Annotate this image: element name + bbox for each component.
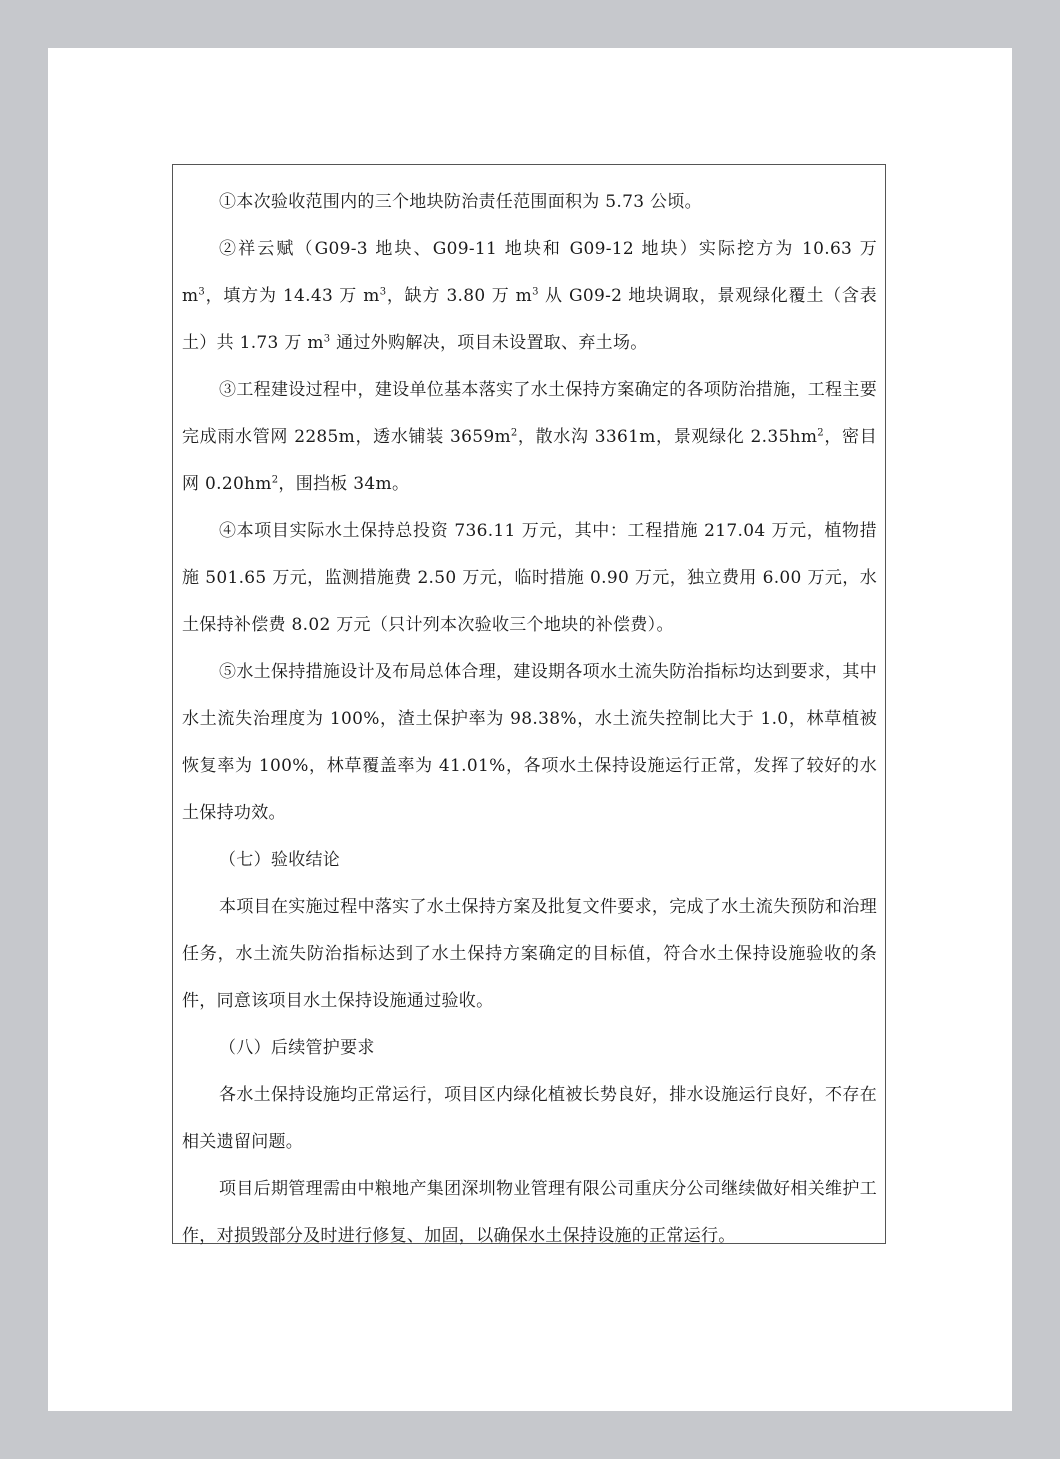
section-heading-acceptance-conclusion: （七）验收结论 <box>182 837 877 884</box>
document-page: ①本次验收范围内的三个地块防治责任范围面积为 5.73 公顷。 ②祥云赋（G09… <box>48 48 1012 1411</box>
paragraph-acceptance-conclusion: 本项目在实施过程中落实了水土保持方案及批复文件要求，完成了水土流失预防和治理任务… <box>182 884 877 1025</box>
paragraph-maintenance-responsibility: 项目后期管理需由中粮地产集团深圳物业管理有限公司重庆分公司继续做好相关维护工作，… <box>182 1166 877 1260</box>
paragraph-item-1: ①本次验收范围内的三个地块防治责任范围面积为 5.73 公顷。 <box>182 179 877 226</box>
paragraph-item-2: ②祥云赋（G09-3 地块、G09-11 地块和 G09-12 地块）实际挖方为… <box>182 226 877 367</box>
paragraph-maintenance-status: 各水土保持设施均正常运行，项目区内绿化植被长势良好，排水设施运行良好，不存在相关… <box>182 1072 877 1166</box>
paragraph-item-4: ④本项目实际水土保持总投资 736.11 万元，其中：工程措施 217.04 万… <box>182 508 877 649</box>
content-table-cell: ①本次验收范围内的三个地块防治责任范围面积为 5.73 公顷。 ②祥云赋（G09… <box>172 164 886 1244</box>
section-heading-maintenance-requirements: （八）后续管护要求 <box>182 1025 877 1072</box>
paragraph-item-3: ③工程建设过程中，建设单位基本落实了水土保持方案确定的各项防治措施，工程主要完成… <box>182 367 877 508</box>
paragraph-item-5: ⑤水土保持措施设计及布局总体合理，建设期各项水土流失防治指标均达到要求，其中水土… <box>182 649 877 837</box>
